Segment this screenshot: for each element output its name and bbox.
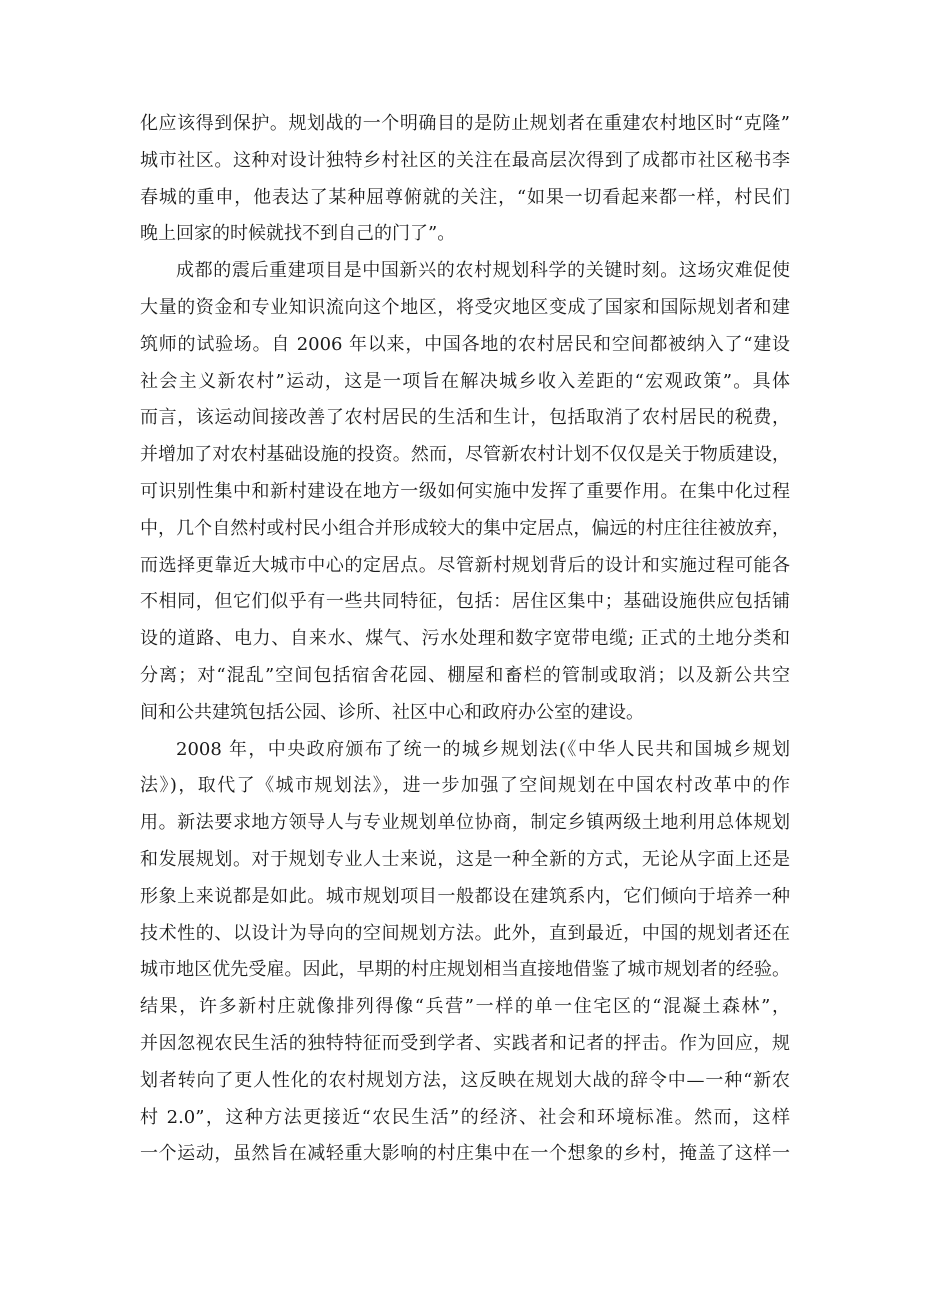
text-line: 中，几个自然村或村民小组合并形成较大的集中定居点，偏远的村庄往往被放弃， — [140, 511, 790, 548]
text-line: 结果，许多新村庄就像排列得像“兵营”一样的单一住宅区的“混凝土森林”， — [140, 989, 790, 1026]
text-line: 春城的重申，他表达了某种屈尊俯就的关注，“如果一切看起来都一样，村民们 — [140, 180, 790, 217]
text-line: 并增加了对农村基础设施的投资。然而，尽管新农村计划不仅仅是关于物质建设， — [140, 437, 790, 474]
text-line: 成都的震后重建项目是中国新兴的农村规划科学的关键时刻。这场灾难促使 — [140, 253, 790, 290]
text-line: 城市社区。这种对设计独特乡村社区的关注在最高层次得到了成都市社区秘书李 — [140, 143, 790, 180]
text-line: 城市地区优先受雇。因此，早期的村庄规划相当直接地借鉴了城市规划者的经验。 — [140, 952, 790, 989]
text-line: 划者转向了更人性化的农村规划方法，这反映在规划大战的辞令中—一种“新农 — [140, 1063, 790, 1100]
paragraph: 2008 年，中央政府颁布了统一的城乡规划法(《中华人民共和国城乡规划法》)，取… — [140, 732, 790, 1174]
text-line: 间和公共建筑包括公园、诊所、社区中心和政府办公室的建设。 — [140, 695, 790, 732]
text-line: 技术性的、以设计为导向的空间规划方法。此外，直到最近，中国的规划者还在 — [140, 916, 790, 953]
text-line: 可识别性集中和新村建设在地方一级如何实施中发挥了重要作用。在集中化过程 — [140, 474, 790, 511]
text-line: 社会主义新农村”运动，这是一项旨在解决城乡收入差距的“宏观政策”。具体 — [140, 364, 790, 401]
paragraph: 化应该得到保护。规划战的一个明确目的是防止规划者在重建农村地区时“克隆”城市社区… — [140, 106, 790, 253]
text-line: 设的道路、电力、自来水、煤气、污水处理和数字宽带电缆; 正式的土地分类和 — [140, 621, 790, 658]
text-line: 而选择更靠近大城市中心的定居点。尽管新村规划背后的设计和实施过程可能各 — [140, 548, 790, 585]
text-line: 一个运动，虽然旨在减轻重大影响的村庄集中在一个想象的乡村，掩盖了这样一 — [140, 1136, 790, 1173]
paragraph: 成都的震后重建项目是中国新兴的农村规划科学的关键时刻。这场灾难促使大量的资金和专… — [140, 253, 790, 731]
text-line: 化应该得到保护。规划战的一个明确目的是防止规划者在重建农村地区时“克隆” — [140, 106, 790, 143]
text-line: 分离；对“混乱”空间包括宿舍花园、棚屋和畜栏的管制或取消；以及新公共空 — [140, 658, 790, 695]
text-line: 用。新法要求地方领导人与专业规划单位协商，制定乡镇两级土地利用总体规划 — [140, 805, 790, 842]
text-line: 和发展规划。对于规划专业人士来说，这是一种全新的方式，无论从字面上还是 — [140, 842, 790, 879]
text-line: 晚上回家的时候就找不到自己的门了”。 — [140, 216, 790, 253]
document-page: 化应该得到保护。规划战的一个明确目的是防止规划者在重建农村地区时“克隆”城市社区… — [0, 0, 926, 1309]
text-line: 形象上来说都是如此。城市规划项目一般都设在建筑系内，它们倾向于培养一种 — [140, 879, 790, 916]
text-line: 大量的资金和专业知识流向这个地区，将受灾地区变成了国家和国际规划者和建 — [140, 290, 790, 327]
text-line: 法》)，取代了《城市规划法》，进一步加强了空间规划在中国农村改革中的作 — [140, 768, 790, 805]
document-text-block: 化应该得到保护。规划战的一个明确目的是防止规划者在重建农村地区时“克隆”城市社区… — [140, 106, 790, 1173]
text-line: 并因忽视农民生活的独特特征而受到学者、实践者和记者的抨击。作为回应，规 — [140, 1026, 790, 1063]
text-line: 村 2.0”，这种方法更接近“农民生活”的经济、社会和环境标准。然而，这样 — [140, 1100, 790, 1137]
text-line: 不相同，但它们似乎有一些共同特征，包括：居住区集中；基础设施供应包括铺 — [140, 584, 790, 621]
text-line: 2008 年，中央政府颁布了统一的城乡规划法(《中华人民共和国城乡规划 — [140, 732, 790, 769]
text-line: 而言，该运动间接改善了农村居民的生活和生计，包括取消了农村居民的税费， — [140, 400, 790, 437]
text-line: 筑师的试验场。自 2006 年以来，中国各地的农村居民和空间都被纳入了“建设 — [140, 327, 790, 364]
